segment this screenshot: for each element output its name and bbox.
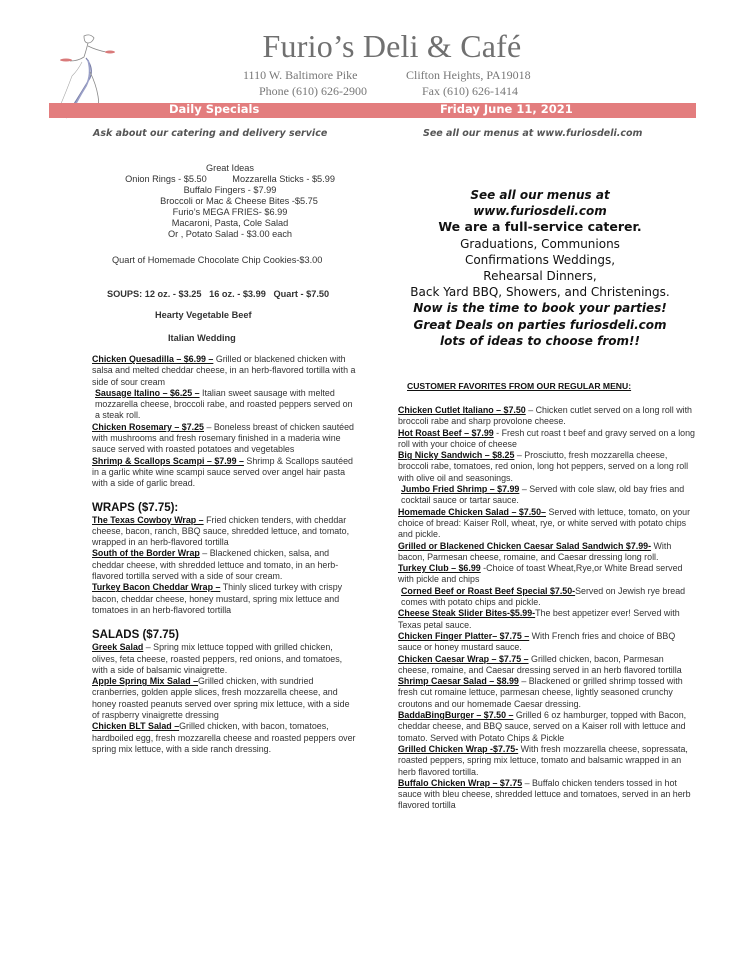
catering-tagline: Ask about our catering and delivery serv… xyxy=(93,128,327,139)
favorite-item: Big Nicky Sandwich – $8.25 – Prosciutto,… xyxy=(398,450,696,484)
soups-header: SOUPS: 12 oz. - $3.25 16 oz. - $3.99 Qua… xyxy=(80,289,380,300)
great-ideas-line: Macaroni, Pasta, Cole Salad xyxy=(80,218,380,229)
promo-line: Now is the time to book your parties! xyxy=(398,300,682,316)
item-name: Hot Roast Beef – $7.99 xyxy=(398,428,494,438)
restaurant-title: Furio’s Deli & Café xyxy=(0,28,754,65)
catering-promo: See all our menus at www.furiosdeli.com … xyxy=(398,187,682,349)
item-name: Sausage Italino – $6.25 – xyxy=(95,388,200,398)
favorite-item: Hot Roast Beef – $7.99 - Fresh cut roast… xyxy=(398,428,696,451)
wrap-item: Turkey Bacon Cheddar Wrap – Thinly slice… xyxy=(92,582,358,616)
item-name: Chicken Cutlet Italiano – $7.50 xyxy=(398,405,526,415)
special-item: Chicken Rosemary – $7.25 – Boneless brea… xyxy=(92,422,358,456)
wrap-item: South of the Border Wrap – Blackened chi… xyxy=(92,548,358,582)
favorite-item: Cheese Steak Slider Bites-$5.99-The best… xyxy=(398,608,696,631)
wrap-item: The Texas Cowboy Wrap – Fried chicken te… xyxy=(92,515,358,549)
item-name: Shrimp Caesar Salad – $8.99 xyxy=(398,676,519,686)
banner-date: Friday June 11, 2021 xyxy=(440,102,573,116)
item-name: Big Nicky Sandwich – $8.25 xyxy=(398,450,514,460)
salad-item: Greek Salad – Spring mix lettuce topped … xyxy=(92,642,358,676)
item-name: Chicken Quesadilla – $6.99 – xyxy=(92,354,213,364)
great-ideas-line: Furio’s MEGA FRIES- $6.99 xyxy=(80,207,380,218)
salad-item: Apple Spring Mix Salad –Grilled chicken,… xyxy=(92,676,358,721)
item-name: The Texas Cowboy Wrap – xyxy=(92,515,204,525)
banner-title: Daily Specials xyxy=(169,102,259,116)
item-name: Apple Spring Mix Salad – xyxy=(92,676,198,686)
street-address: 1110 W. Baltimore Pike xyxy=(243,68,357,83)
great-ideas-line: Onion Rings - $5.50 Mozzarella Sticks - … xyxy=(80,174,380,185)
special-item: Shrimp & Scallops Scampi – $7.99 – Shrim… xyxy=(92,456,358,490)
city-address: Clifton Heights, PA19018 xyxy=(406,68,531,83)
promo-line: Confirmations Weddings, xyxy=(398,252,682,268)
cookies-line: Quart of Homemade Chocolate Chip Cookies… xyxy=(80,255,380,266)
favorite-item: Chicken Finger Platter– $7.75 – With Fre… xyxy=(398,631,696,654)
item-name: Grilled Chicken Wrap -$7.75- xyxy=(398,744,518,754)
promo-website-link[interactable]: www.furiosdeli.com xyxy=(398,203,682,219)
great-ideas-block: Great Ideas Onion Rings - $5.50 Mozzarel… xyxy=(80,163,380,240)
item-name: Homemade Chicken Salad – $7.50– xyxy=(398,507,546,517)
item-name: South of the Border Wrap xyxy=(92,548,200,558)
item-name: Chicken BLT Salad – xyxy=(92,721,179,731)
customer-favorites-heading: CUSTOMER FAVORITES FROM OUR REGULAR MENU… xyxy=(407,381,631,391)
special-item: Chicken Quesadilla – $6.99 – Grilled or … xyxy=(92,354,358,388)
favorite-item: Homemade Chicken Salad – $7.50– Served w… xyxy=(398,507,696,541)
left-menu-column: Chicken Quesadilla – $6.99 – Grilled or … xyxy=(92,354,358,755)
favorite-item: Grilled Chicken Wrap -$7.75- With fresh … xyxy=(398,744,696,778)
item-name: Cheese Steak Slider Bites-$5.99- xyxy=(398,608,535,618)
great-ideas-heading: Great Ideas xyxy=(80,163,380,174)
favorite-item: Jumbo Fried Shrimp – $7.99 – Served with… xyxy=(398,484,696,507)
great-ideas-line: Buffalo Fingers - $7.99 xyxy=(80,185,380,196)
promo-line: lots of ideas to choose from!! xyxy=(398,333,682,349)
item-name: BaddaBingBurger – $7.50 – xyxy=(398,710,513,720)
item-name: Buffalo Chicken Wrap – $7.75 xyxy=(398,778,522,788)
item-name: Chicken Finger Platter– $7.75 – xyxy=(398,631,529,641)
wraps-heading: WRAPS ($7.75): xyxy=(92,501,358,515)
daily-specials-banner: Daily Specials Friday June 11, 2021 xyxy=(49,103,696,118)
soup-item: Italian Wedding xyxy=(80,333,380,344)
customer-favorites-list: Chicken Cutlet Italiano – $7.50 – Chicke… xyxy=(398,405,696,812)
favorite-item: BaddaBingBurger – $7.50 – Grilled 6 oz h… xyxy=(398,710,696,744)
favorite-item: Buffalo Chicken Wrap – $7.75 – Buffalo c… xyxy=(398,778,696,812)
favorite-item: Chicken Caesar Wrap – $7.75 – Grilled ch… xyxy=(398,654,696,677)
great-ideas-line: Or , Potato Salad - $3.00 each xyxy=(80,229,380,240)
special-item: Sausage Italino – $6.25 – Italian sweet … xyxy=(92,388,358,422)
soup-item: Hearty Vegetable Beef xyxy=(80,310,380,321)
favorite-item: Corned Beef or Roast Beef Special $7.50-… xyxy=(398,586,696,609)
favorite-item: Grilled or Blackened Chicken Caesar Sala… xyxy=(398,541,696,564)
item-name: Corned Beef or Roast Beef Special $7.50- xyxy=(401,586,575,596)
promo-line: We are a full-service caterer. xyxy=(398,219,682,235)
promo-line: Graduations, Communions xyxy=(398,236,682,252)
promo-line: Rehearsal Dinners, xyxy=(398,268,682,284)
promo-line: Great Deals on parties furiosdeli.com xyxy=(398,317,682,333)
favorite-item: Shrimp Caesar Salad – $8.99 – Blackened … xyxy=(398,676,696,710)
favorite-item: Chicken Cutlet Italiano – $7.50 – Chicke… xyxy=(398,405,696,428)
item-name: Turkey Bacon Cheddar Wrap – xyxy=(92,582,220,592)
item-name: Chicken Rosemary – $7.25 xyxy=(92,422,204,432)
item-name: Turkey Club – $6.99 xyxy=(398,563,481,573)
salads-heading: SALADS ($7.75) xyxy=(92,628,358,642)
item-name: Grilled or Blackened Chicken Caesar Sala… xyxy=(398,541,651,551)
item-name: Chicken Caesar Wrap – $7.75 – xyxy=(398,654,529,664)
fax-number: Fax (610) 626-1414 xyxy=(422,84,518,99)
favorite-item: Turkey Club – $6.99 -Choice of toast Whe… xyxy=(398,563,696,586)
item-name: Jumbo Fried Shrimp – $7.99 xyxy=(401,484,519,494)
item-name: Shrimp & Scallops Scampi – $7.99 – xyxy=(92,456,244,466)
salad-item: Chicken BLT Salad –Grilled chicken, with… xyxy=(92,721,358,755)
promo-line: See all our menus at xyxy=(398,187,682,203)
website-tagline: See all our menus at www.furiosdeli.com xyxy=(423,128,642,139)
phone-number: Phone (610) 626-2900 xyxy=(259,84,367,99)
item-name: Greek Salad xyxy=(92,642,143,652)
great-ideas-line: Broccoli or Mac & Cheese Bites -$5.75 xyxy=(80,196,380,207)
promo-line: Back Yard BBQ, Showers, and Christenings… xyxy=(398,284,682,300)
